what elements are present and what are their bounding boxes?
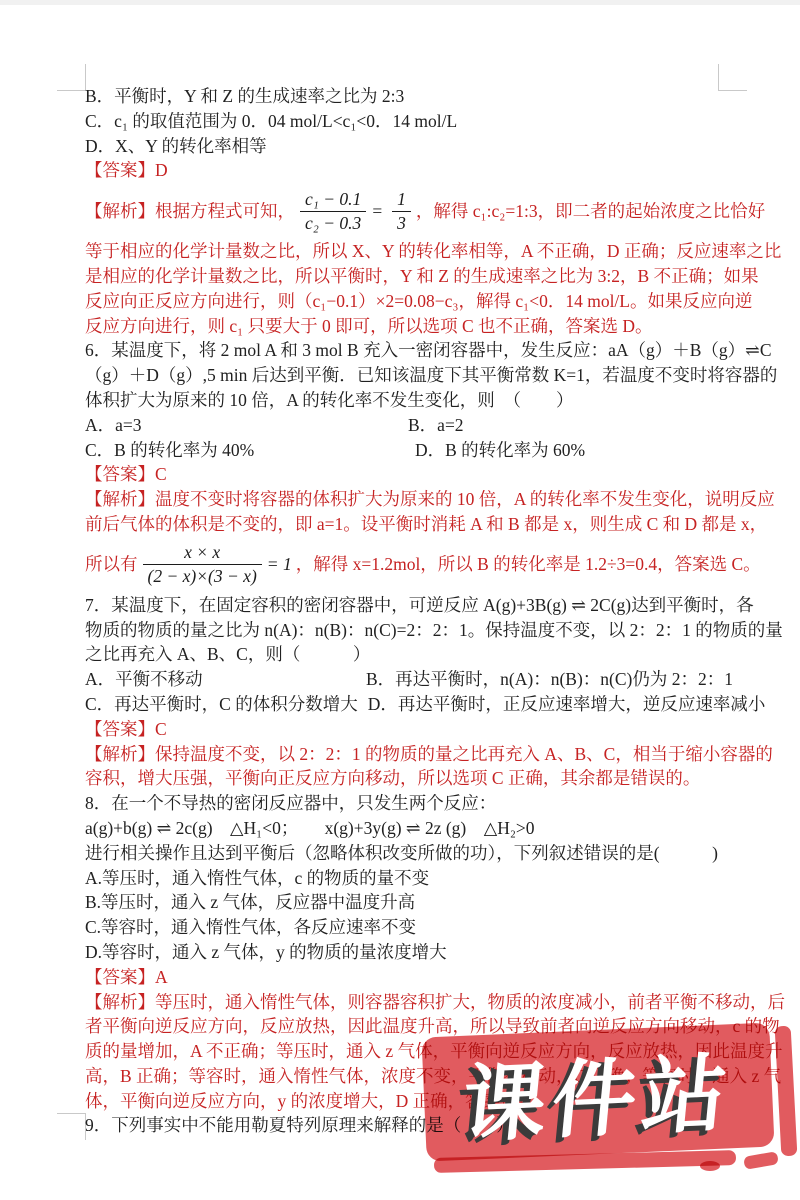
q8-option-b: B.等压时，通入 z 气体，反应器中温度升高	[85, 890, 733, 915]
q6-answer: 【答案】C	[85, 462, 733, 487]
q6-option-a: A．a=3	[85, 413, 408, 438]
q8-stem-line: 进行相关操作且达到平衡后（忽略体积改变所做的功），下列叙述错误的是( )	[85, 841, 733, 866]
fraction-denominator: 3	[392, 212, 411, 235]
fraction-denominator: (2 − x)×(3 − x)	[143, 565, 262, 588]
q5-analysis-line: 是相应的化学计量数之比，所以平衡时，Y 和 Z 的生成速率之比为 3:2，B 不…	[85, 264, 733, 289]
q5-answer: 【答案】D	[85, 158, 733, 183]
q8-option-d: D.等容时，通入 z 气体，y 的物质的量浓度增大	[85, 940, 733, 965]
q6-option-b: B．a=2	[408, 413, 464, 438]
q5-analysis-line: 反应向正反应方向进行，则（c₁−0.1）×2=0.08−c₃，解得 c₁<0．1…	[85, 289, 733, 314]
q7-stem-line: 之比再充入 A、B、C，则（ ）	[85, 642, 733, 667]
q8-option-a: A.等压时，通入惰性气体，c 的物质的量不变	[85, 866, 733, 891]
fraction-c1-c2: c₁ − 0.1 c₂ − 0.3	[300, 188, 366, 235]
q6-stem-line: 6．某温度下，将 2 mol A 和 3 mol B 充入一密闭容器中，发生反应…	[85, 338, 733, 363]
fraction-numerator: x × x	[143, 541, 262, 565]
q7-option-d: D．再达平衡时，正反应速率增大，逆反应速率减小	[368, 694, 766, 714]
q5-analysis-formula-line: 【解析】根据方程式可知， c₁ − 0.1 c₂ − 0.3 = 1 3 ，解得…	[85, 183, 733, 239]
q6-analysis-formula-line: 所以有 x × x (2 − x)×(3 − x) = 1 ，解得 x=1.2m…	[85, 537, 733, 593]
q7-analysis-line: 容积，增大压强，平衡向正反应方向移动，所以选项 C 正确，其余都是错误的。	[85, 766, 733, 791]
q7-option-a: A．平衡不移动	[85, 667, 366, 692]
margin-mark-top-left	[57, 64, 86, 91]
q6-options-row-cd: C．B 的转化率为 40% D．B 的转化率为 60%	[85, 438, 733, 463]
q7-options-row-ab: A．平衡不移动 B．再达平衡时，n(A)：n(B)：n(C)仍为 2：2：1	[85, 667, 733, 692]
fraction-equilibrium: x × x (2 − x)×(3 − x)	[143, 541, 262, 588]
document-body: B．平衡时，Y 和 Z 的生成速率之比为 2:3 C．c₁ 的取值范围为 0．0…	[85, 84, 733, 1138]
q6-options-row-ab: A．a=3 B．a=2	[85, 413, 733, 438]
q5-option-b: B．平衡时，Y 和 Z 的生成速率之比为 2:3	[85, 84, 733, 109]
q6-formula-after: ，解得 x=1.2mol，所以 B 的转化率是 1.2÷3=0.4，答案选 C。	[296, 552, 761, 577]
watermark-stamp-edge-right	[775, 1026, 798, 1157]
q5-option-c: C．c₁ 的取值范围为 0．04 mol/L<c₁<0．14 mol/L	[85, 109, 733, 134]
fraction-numerator: 1	[392, 188, 411, 212]
watermark-label: 课件站	[457, 1025, 738, 1158]
q6-option-c: C．B 的转化率为 40%	[85, 438, 415, 463]
q7-analysis-line: 【解析】保持温度不变，以 2：2：1 的物质的量之比再充入 A、B、C，相当于缩…	[85, 742, 733, 767]
watermark-stamp-text: 课件站	[421, 1022, 774, 1161]
q8-stem-line: 8．在一个不导热的密闭反应器中，只发生两个反应：	[85, 791, 733, 816]
fraction-numerator: c₁ − 0.1	[300, 188, 366, 212]
watermark-stamp-blob	[700, 1161, 720, 1171]
q6-analysis-line: 前后气体的体积是不变的，即 a=1。设平衡时消耗 A 和 B 都是 x，则生成 …	[85, 512, 733, 537]
equals-sign: =	[371, 199, 383, 224]
q8-reaction-equations: a(g)+b(g) ⇌ 2c(g) △H₁<0； x(g)+3y(g) ⇌ 2z…	[85, 816, 733, 841]
q7-option-c: C．再达平衡时，C 的体积分数增大	[85, 694, 358, 714]
q6-analysis-line: 【解析】温度不变时将容器的体积扩大为原来的 10 倍，A 的转化率不发生变化，说…	[85, 487, 733, 512]
q5-analysis-after-formula: ，解得 c₁:c₂=1:3，即二者的起始浓度之比恰好	[416, 199, 765, 224]
q7-stem-line: 物质的物质的量之比为 n(A)：n(B)：n(C)=2：2：1。保持温度不变，以…	[85, 618, 733, 643]
q6-stem-line: 体积扩大为原来的 10 倍，A 的转化率不发生变化，则 （ ）	[85, 388, 733, 413]
q7-answer: 【答案】C	[85, 717, 733, 742]
q8-option-c: C.等容时，通入惰性气体，各反应速率不变	[85, 915, 733, 940]
q6-formula-intro: 所以有	[85, 552, 138, 577]
margin-mark-bottom-left	[57, 1113, 86, 1140]
fraction-denominator: c₂ − 0.3	[300, 212, 366, 235]
q5-analysis-line: 反应方向进行，则 c₁ 只要大于 0 即可，所以选项 C 也不正确，答案选 D。	[85, 314, 733, 339]
q7-option-b: B．再达平衡时，n(A)：n(B)：n(C)仍为 2：2：1	[366, 667, 733, 692]
q6-stem-line: （g）＋D（g）,5 min 后达到平衡．已知该温度下其平衡常数 K=1，若温度…	[85, 363, 733, 388]
equals-one: = 1	[267, 552, 292, 577]
q5-analysis-intro: 【解析】根据方程式可知，	[85, 199, 295, 224]
q5-option-d: D．X、Y 的转化率相等	[85, 134, 733, 159]
q6-option-d: D．B 的转化率为 60%	[415, 438, 585, 463]
q5-analysis-line: 等于相应的化学计量数之比，所以 X、Y 的转化率相等，A 不正确，D 正确；反应…	[85, 239, 733, 264]
page-top-edge	[0, 0, 800, 5]
q7-options-row-cd: C．再达平衡时，C 的体积分数增大D．再达平衡时，正反应速率增大，逆反应速率减小	[85, 692, 733, 717]
q7-stem-line: 7．某温度下，在固定容积的密闭容器中，可逆反应 A(g)+3B(g) ⇌ 2C(…	[85, 593, 733, 618]
watermark-stamp-blob	[743, 1151, 779, 1170]
q8-analysis-line: 【解析】等压时，通入惰性气体，则容器容积扩大，物质的浓度减小，前者平衡不移动，后	[85, 990, 733, 1015]
q8-answer: 【答案】A	[85, 965, 733, 990]
fraction-one-third: 1 3	[392, 188, 411, 235]
